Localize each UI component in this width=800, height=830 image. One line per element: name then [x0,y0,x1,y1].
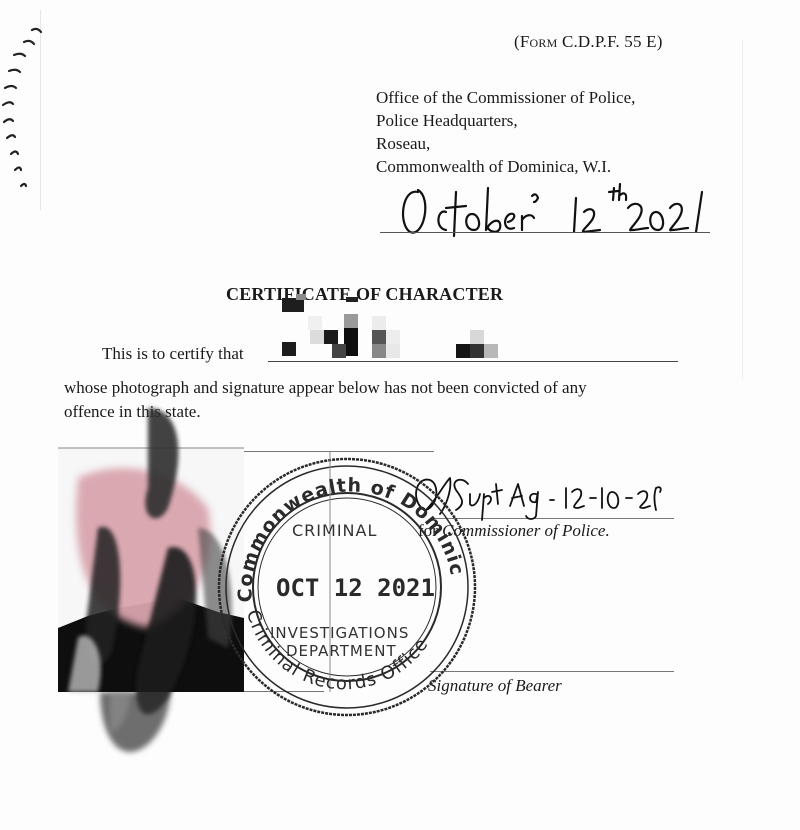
handwritten-date: October 12th 2021 [380,178,720,238]
address-line: Roseau, [376,132,635,155]
stamp-line-criminal: CRIMINAL [292,521,377,540]
certify-intro: This is to certify that [102,344,244,364]
issuer-address: Office of the Commissioner of Police, Po… [376,86,635,178]
form-number-prefix: Form [520,32,558,51]
police-stamp: Commonwealth of Dominica Police Force Cr… [212,452,482,722]
photo-smudge-overflow [80,692,200,762]
stamp-line-department: DEPARTMENT [286,642,397,660]
body-text-line-2: offence in this state. [64,402,201,422]
body-text-line-1: whose photograph and signature appear be… [64,378,587,398]
stamp-line-investigations: INVESTIGATIONS [270,624,409,642]
form-number-code: C.D.P.F. 55 E [562,32,657,51]
address-line: Commonwealth of Dominica, W.I. [376,155,635,178]
address-line: Police Headquarters, [376,109,635,132]
certificate-page: (Form C.D.P.F. 55 E) Office of the Commi… [0,0,800,830]
page-edge-line-right [742,40,743,380]
stamp-date: OCT 12 2021 [276,574,435,602]
date-underline [380,232,710,233]
subject-name-line [268,361,678,362]
binder-holes-icon [0,20,44,200]
certificate-title: CERTIFICATE OF CHARACTER [226,284,503,305]
form-number: (Form C.D.P.F. 55 E) [514,32,663,52]
address-line: Office of the Commissioner of Police, [376,86,635,109]
